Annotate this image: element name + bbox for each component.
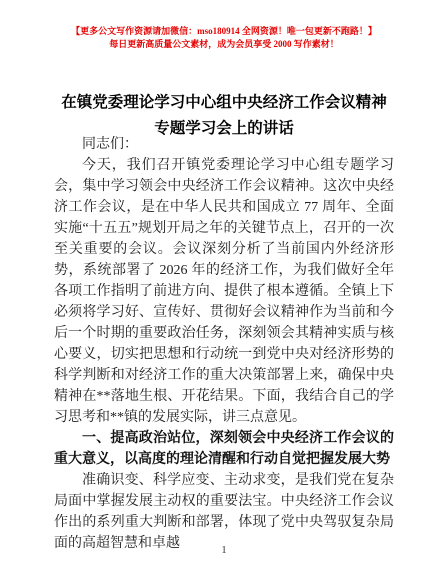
page-number: 1 [0,544,448,556]
body-paragraph: 准确识变、科学应变、主动求变，是我们党在复杂局面中掌握发展主动权的重要法宝。中央… [54,470,394,554]
body-paragraph: 今天，我们召开镇党委理论学习中心组专题学习会，集中学习领会中央经济工作会议精神。… [54,155,394,428]
ad-banner-line2: 每日更新高质量公文素材，成为会员享受 2000 写作素材！ [0,38,448,51]
salutation: 同志们： [54,134,394,155]
document-body: 同志们： 今天，我们召开镇党委理论学习中心组专题学习会，集中学习领会中央经济工作… [54,134,394,554]
section-heading: 一、提高政治站位，深刻领会中央经济工作会议的重大意义，以高度的理论清醒和行动自觉… [54,428,394,470]
document-page: 【更多公文写作资源请加微信：mso180914 全网资源！唯一包更新不跑路！】 … [0,0,448,580]
ad-banner: 【更多公文写作资源请加微信：mso180914 全网资源！唯一包更新不跑路！】 … [0,25,448,50]
ad-banner-line1: 【更多公文写作资源请加微信：mso180914 全网资源！唯一包更新不跑路！】 [0,25,448,38]
